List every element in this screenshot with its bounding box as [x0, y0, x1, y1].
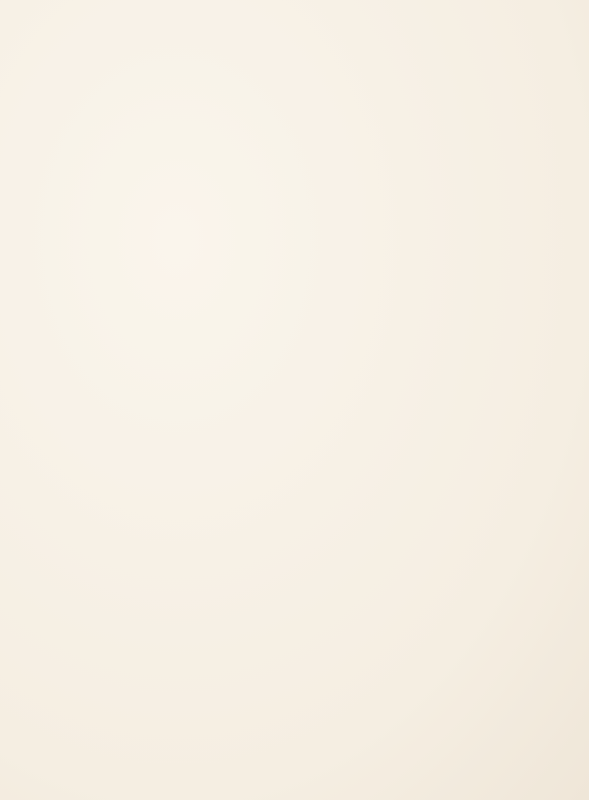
document-page — [0, 0, 589, 800]
